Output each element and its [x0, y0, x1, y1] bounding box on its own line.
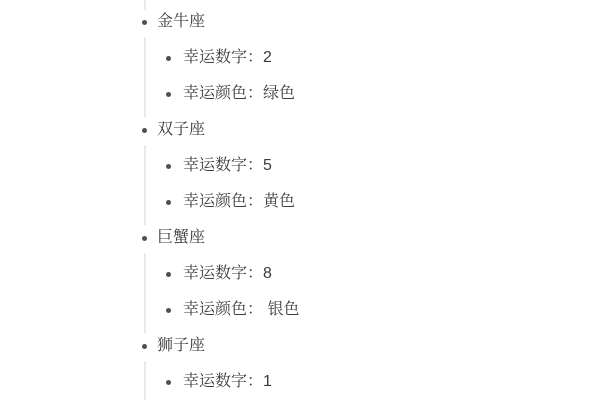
bullet-icon	[166, 200, 171, 205]
zodiac-title-item: 巨蟹座	[142, 220, 600, 256]
indent-guide-line	[144, 361, 146, 400]
zodiac-name: 双子座	[157, 112, 205, 148]
list-item-text: 幸运数字：2	[183, 40, 272, 76]
list-item-text: 幸运颜色：黄色	[183, 184, 295, 220]
zodiac-group: 巨蟹座 幸运数字：8 幸运颜色： 银色	[142, 220, 600, 328]
bullet-icon	[166, 56, 171, 61]
lucky-color-item: 幸运颜色： 银色	[166, 292, 600, 328]
lucky-number-item: 幸运数字：2	[166, 40, 600, 76]
indent-guide-remnant	[144, 0, 146, 10]
lucky-color-item: 幸运颜色：绿色	[166, 76, 600, 112]
zodiac-group: 金牛座 幸运数字：2 幸运颜色：绿色	[142, 4, 600, 112]
list-item-text: 幸运数字：1	[183, 364, 272, 400]
zodiac-group: 双子座 幸运数字：5 幸运颜色：黄色	[142, 112, 600, 220]
zodiac-group: 狮子座 幸运数字：1	[142, 328, 600, 400]
lucky-color-item: 幸运颜色：黄色	[166, 184, 600, 220]
bullet-icon	[142, 20, 147, 25]
zodiac-title-item: 金牛座	[142, 4, 600, 40]
zodiac-title-item: 双子座	[142, 112, 600, 148]
zodiac-list: 金牛座 幸运数字：2 幸运颜色：绿色 双子座 幸运数字：5	[0, 0, 600, 400]
nested-list: 幸运数字：2 幸运颜色：绿色	[142, 40, 600, 112]
page: { "page": { "background": "#ffffff", "te…	[0, 0, 600, 400]
bullet-icon	[166, 380, 171, 385]
zodiac-title-item: 狮子座	[142, 328, 600, 364]
nested-list: 幸运数字：8 幸运颜色： 银色	[142, 256, 600, 328]
indent-guide-line	[144, 253, 146, 333]
nested-list: 幸运数字：5 幸运颜色：黄色	[142, 148, 600, 220]
zodiac-name: 金牛座	[157, 4, 205, 40]
bullet-icon	[142, 236, 147, 241]
bullet-icon	[142, 128, 147, 133]
indent-guide-line	[144, 145, 146, 225]
list-item-text: 幸运颜色：绿色	[183, 76, 295, 112]
bullet-icon	[142, 344, 147, 349]
bullet-icon	[166, 92, 171, 97]
list-item-text: 幸运数字：5	[183, 148, 272, 184]
lucky-number-item: 幸运数字：5	[166, 148, 600, 184]
zodiac-name: 巨蟹座	[157, 220, 205, 256]
indent-guide-line	[144, 37, 146, 117]
nested-list: 幸运数字：1	[142, 364, 600, 400]
bullet-icon	[166, 272, 171, 277]
lucky-number-item: 幸运数字：8	[166, 256, 600, 292]
list-item-text: 幸运数字：8	[183, 256, 272, 292]
zodiac-name: 狮子座	[157, 328, 205, 364]
list-item-text: 幸运颜色： 银色	[183, 292, 299, 328]
bullet-icon	[166, 164, 171, 169]
lucky-number-item: 幸运数字：1	[166, 364, 600, 400]
bullet-icon	[166, 308, 171, 313]
